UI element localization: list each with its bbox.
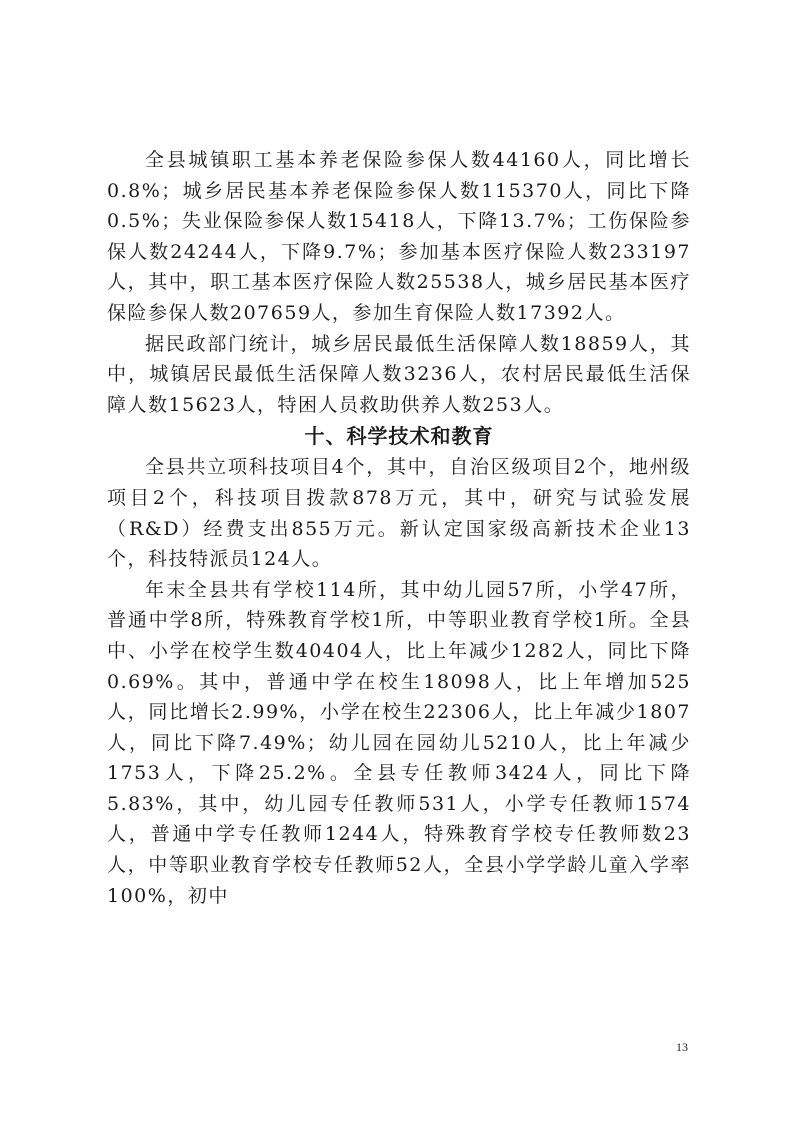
paragraph-civil-affairs: 据民政部门统计，城乡居民最低生活保障人数18859人，其中，城镇居民最低生活保障… bbox=[107, 329, 691, 421]
document-page: 全县城镇职工基本养老保险参保人数44160人，同比增长0.8%；城乡居民基本养老… bbox=[107, 145, 691, 911]
paragraph-education: 年末全县共有学校114所，其中幼儿园57所，小学47所，普通中学8所，特殊教育学… bbox=[107, 575, 691, 912]
paragraph-science-technology: 全县共立项科技项目4个，其中，自治区级项目2个，地州级项目2个，科技项目拨款87… bbox=[107, 452, 691, 574]
section-heading: 十、科学技术和教育 bbox=[107, 420, 691, 452]
page-number: 13 bbox=[676, 1040, 688, 1055]
paragraph-social-insurance: 全县城镇职工基本养老保险参保人数44160人，同比增长0.8%；城乡居民基本养老… bbox=[107, 145, 691, 329]
